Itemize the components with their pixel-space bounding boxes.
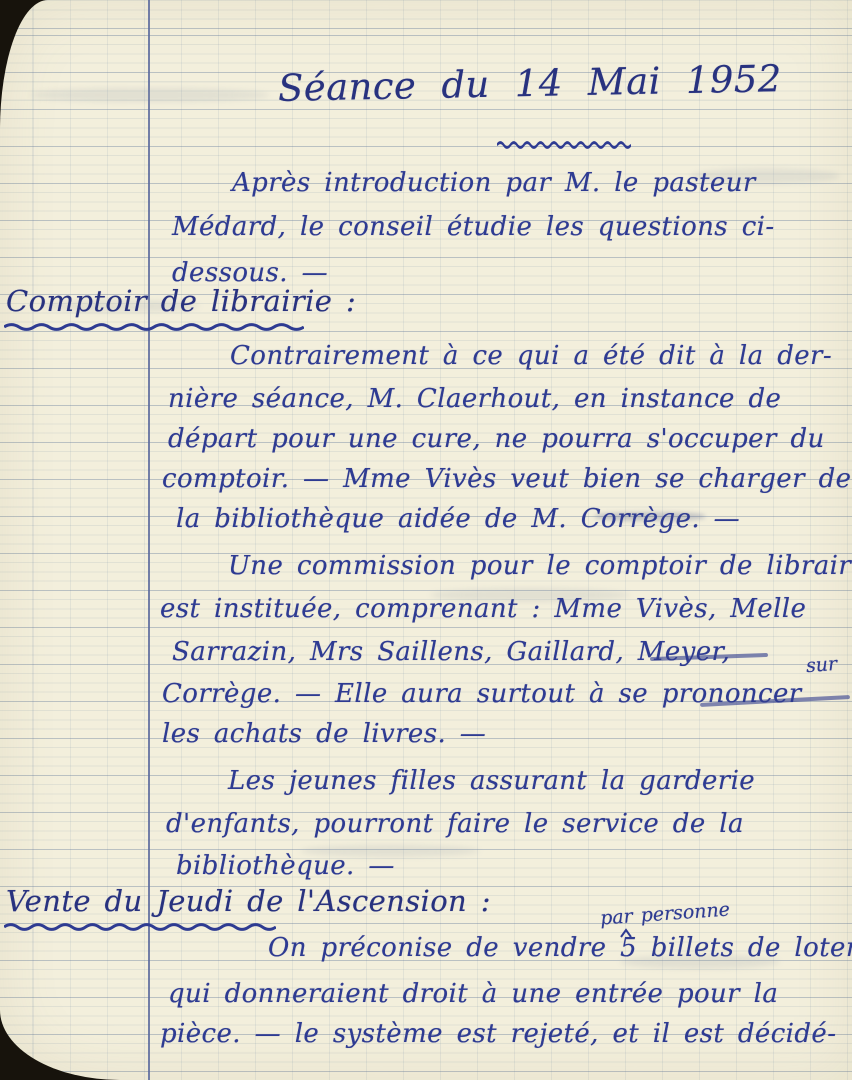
wavy-underline-title xyxy=(497,139,631,151)
handwritten-line: la bibliothèque aidée de M. Corrège. — xyxy=(176,504,740,534)
handwritten-line: est instituée, comprenant : Mme Vivès, M… xyxy=(160,594,806,624)
interline-insertion-sur: sur xyxy=(805,653,838,677)
scanned-notebook-page: { "page": { "kind": "handwritten-minutes… xyxy=(0,0,852,1080)
wavy-underline-heading xyxy=(4,921,276,933)
handwritten-line: les achats de livres. — xyxy=(162,719,486,749)
handwritten-line: Une commission pour le comptoir de libra… xyxy=(228,551,852,581)
handwritten-line: Médard, le conseil étudie les questions … xyxy=(172,212,775,242)
handwritten-line: Contrairement à ce qui a été dit à la de… xyxy=(230,341,832,371)
handwritten-line: départ pour une cure, ne pourra s'occupe… xyxy=(168,424,825,454)
handwritten-line: pièce. — le système est rejeté, et il es… xyxy=(160,1019,836,1049)
handwritten-line: d'enfants, pourront faire le service de … xyxy=(166,809,744,839)
interline-insertion-par-personne: par personne xyxy=(599,898,730,929)
ink-bleed-smudge xyxy=(30,88,270,102)
handwritten-line: comptoir. — Mme Vivès veut bien se charg… xyxy=(162,464,851,494)
section-heading-vente: Vente du Jeudi de l'Ascension : xyxy=(6,884,491,918)
wavy-underline-heading xyxy=(4,321,304,333)
handwritten-line: Les jeunes filles assurant la garderie xyxy=(228,766,755,796)
section-heading-comptoir: Comptoir de librairie : xyxy=(6,284,356,318)
handwritten-line: bibliothèque. — xyxy=(176,851,395,881)
handwritten-line: Après introduction par M. le pasteur xyxy=(232,168,756,198)
handwritten-line: On préconise de vendre 5 billets de lote… xyxy=(268,933,852,963)
handwritten-line: Sarrazin, Mrs Saillens, Gaillard, Meyer, xyxy=(172,637,730,667)
notebook-paper: Séance du 14 Mai 1952 Après introduction… xyxy=(0,0,852,1080)
page-title: Séance du 14 Mai 1952 xyxy=(278,57,782,110)
handwritten-line: nière séance, M. Claerhout, en instance … xyxy=(168,384,781,414)
handwritten-line: qui donneraient droit à une entrée pour … xyxy=(168,979,778,1009)
margin-rule-line xyxy=(148,0,150,1080)
